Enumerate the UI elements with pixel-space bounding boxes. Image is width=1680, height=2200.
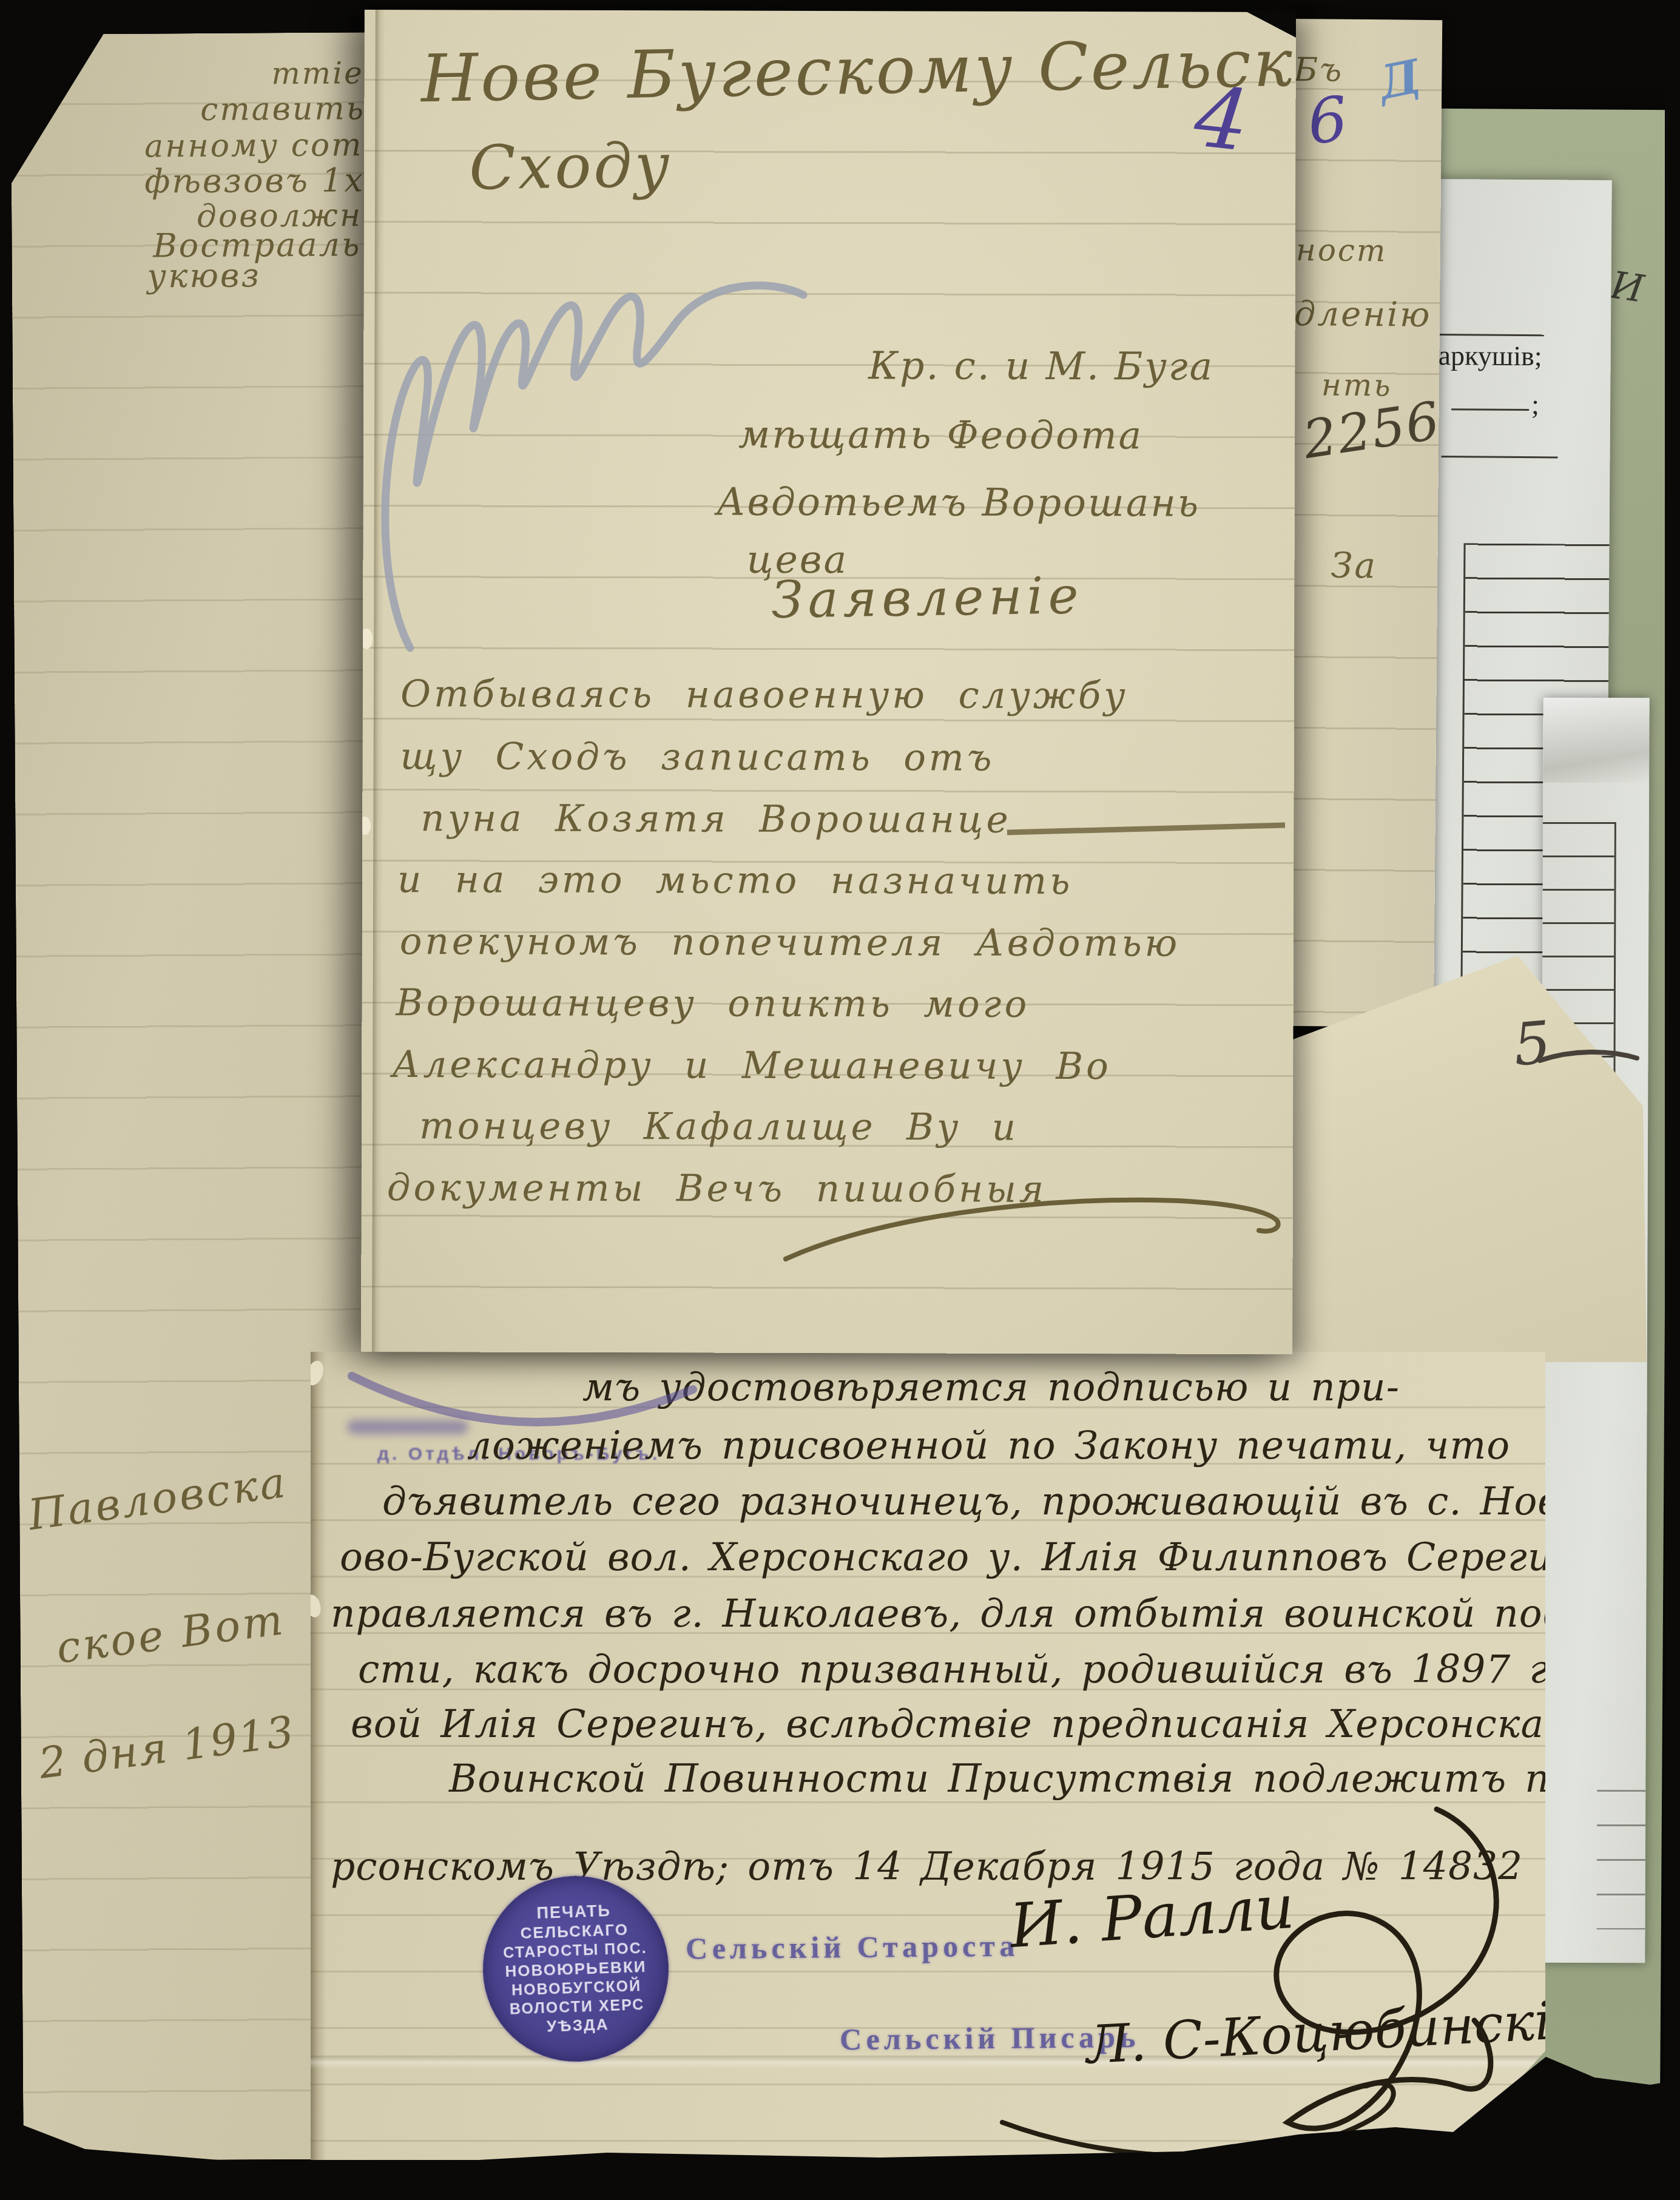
- form-table-bottom-rows: [1597, 1790, 1646, 1929]
- certificate-line-1: мъ удостовѣряется подписью и при-: [582, 1365, 1400, 1409]
- certificate-line-2: ложеніемъ присвоенной по Закону печати, …: [467, 1423, 1510, 1468]
- starosta-label: Сельскій Староста: [686, 1928, 1019, 1966]
- seal-line-6: ВОЛОСТИ ХЕРС: [510, 1996, 645, 2019]
- left-fragment-1: ттіе: [271, 55, 364, 91]
- left-bottom-fragment-2: ское Вот: [53, 1594, 288, 1673]
- certificate-line-7: вой Илія Серегинъ, вслѣдствіе предписані…: [351, 1702, 1545, 1746]
- left-fragment-7: укювз: [147, 256, 261, 295]
- village-elder-seal: ПЕЧАТЬ СЕЛЬСКАГО СТАРОСТЫ ПОС. НОВОЮРЬЕВ…: [480, 1873, 672, 2065]
- pisar-signature: Л. С-Коцюбинскій: [1085, 1989, 1545, 2076]
- strip-ink-number: 2256: [1300, 391, 1443, 471]
- form-rule-1: [1440, 334, 1544, 336]
- corner-page-number: 5: [1511, 1008, 1554, 1079]
- left-fragment-4: фѣвзовъ 1х: [144, 161, 365, 200]
- body-line-5: опекуномъ попечителя Авдотью: [400, 920, 1181, 965]
- blue-pencil-mark: Д: [1374, 49, 1425, 110]
- addressee-line-1: Кр. с. и М. Буга: [868, 343, 1214, 388]
- statement-title: Заявленіе: [771, 565, 1083, 630]
- body-line-2: щу Сходъ записать отъ: [400, 735, 995, 780]
- certificate-page: д. Отдѣл. Новоръ-Бугъ. мъ удостовѣряется…: [311, 1352, 1545, 2160]
- stitch-speck-1: [361, 629, 373, 649]
- form-rule-3: [1442, 456, 1558, 458]
- tear-speck-2: [311, 1593, 323, 1619]
- main-page: Нове Бугескому Сельскому Сходу 4 Кр. с. …: [361, 10, 1296, 1354]
- main-page-binding-crease: [372, 10, 385, 1352]
- tear-speck-1: [311, 1358, 326, 1388]
- strip-fragment-3: нть: [1321, 367, 1392, 403]
- form-semicolon: ;: [1531, 388, 1539, 420]
- left-fragment-3: анному сот: [144, 127, 363, 164]
- main-header-line-2: Сходу: [468, 129, 672, 203]
- folder-letter: И: [1608, 263, 1647, 311]
- addressee-line-2: мѣщать Феодота: [738, 413, 1143, 458]
- strip-ruling: [1281, 19, 1442, 1027]
- body-line-8: тонцеву Кафалище Ву и: [419, 1104, 1019, 1149]
- left-fragment-2: ставить: [200, 90, 365, 128]
- strip-fragment-4: За: [1331, 545, 1377, 587]
- body-line-4: и на это мьсто назначить: [397, 858, 1073, 903]
- main-page-number: 4: [1190, 68, 1253, 170]
- certificate-line-9: рсонскомъ Уѣздѣ; отъ 14 Декабря 1915 год…: [331, 1844, 1523, 1889]
- strip-page-number: 6: [1304, 83, 1351, 159]
- body-line-6: Ворошанцеву опикть мого: [396, 981, 1030, 1026]
- body-line-1: Отбываясь навоенную службу: [400, 672, 1128, 717]
- form-rule-2: [1451, 408, 1529, 411]
- certificate-line-6: сти, какъ досрочно призванный, родившійс…: [358, 1647, 1545, 1692]
- certificate-line-3: дъявитель сего разночинецъ, проживающій …: [382, 1479, 1545, 1523]
- main-header-line-1: Нове Бугескому Сельскому: [420, 23, 1296, 118]
- certificate-line-4: ово-Бугской вол. Херсонскаго у. Илія Фил…: [340, 1535, 1545, 1579]
- certificate-left-edge: [311, 1352, 326, 2160]
- strip-page: Бъ 6 Д ност дленію нть 2256 За: [1281, 19, 1442, 1027]
- archival-document-scan: И аркушів; ; Бъ 6 Д ност дленію нть 2256…: [0, 0, 1680, 2200]
- left-bottom-fragment-1: Павловска: [25, 1457, 291, 1540]
- form-fold-curl: [1543, 698, 1649, 783]
- certificate-line-8: Воинской Повинности Присутствія подлежит…: [449, 1756, 1545, 1801]
- strip-fragment-1: ност: [1296, 232, 1388, 268]
- body-line-9: документы Вечъ пишобныя: [387, 1166, 1047, 1211]
- purple-smear: [347, 1420, 468, 1434]
- seal-line-1: ПЕЧАТЬ: [536, 1901, 612, 1923]
- body-line-7: Александру и Мешаневичу Во: [392, 1043, 1112, 1088]
- stitch-speck-2: [361, 817, 371, 835]
- seal-line-7: УѢЗДА: [547, 2015, 609, 2036]
- strip-fragment-2: дленію: [1294, 294, 1432, 335]
- body-line-3: пуна Козятя Ворошанце: [420, 797, 1011, 842]
- addressee-line-3: Авдотьемъ Ворошань: [717, 480, 1201, 525]
- form-sheets-label: аркушів;: [1439, 339, 1542, 372]
- certificate-line-5: правляется въ г. Николаевъ, для отбытія …: [331, 1591, 1545, 1636]
